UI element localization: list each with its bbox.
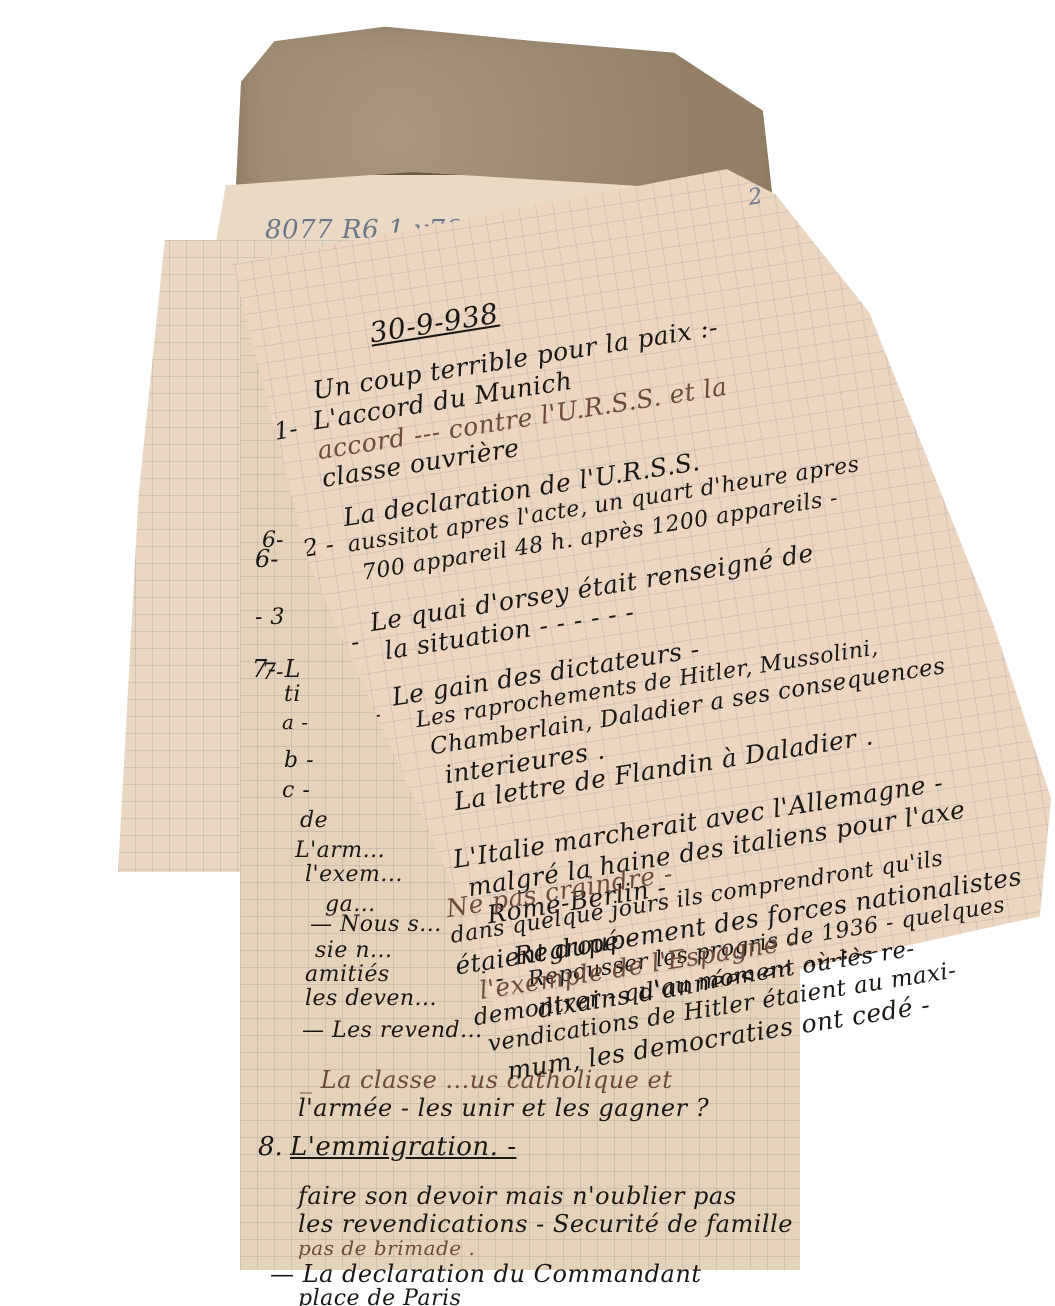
section-8-line: les revendications - Securité de famille (298, 1210, 793, 1238)
fragment: — Les revend... (302, 1018, 483, 1043)
fragment: a - (282, 710, 309, 734)
fragment: ti (284, 682, 301, 707)
fragment: les deven... (305, 986, 437, 1011)
section-8-title: L'emmigration. - (290, 1132, 516, 1162)
fragment: l'exem... (305, 862, 403, 887)
fragment: — Nous s... (310, 912, 442, 937)
fragment: sie n... (315, 938, 393, 963)
margin-number-8: 8. (258, 1132, 283, 1162)
fragment: c - (282, 778, 310, 803)
fragment: - 3 (255, 605, 285, 630)
margin-number-7: 7- (262, 660, 283, 685)
fragment: b - (284, 748, 314, 773)
section-8-line: place de Paris (298, 1286, 461, 1306)
fragment: amitiés (305, 962, 390, 987)
fragment: l'armée - les unir et les gagner ? (298, 1094, 709, 1122)
section-8-line: — La declaration du Commandant (270, 1260, 701, 1288)
margin-number-6: 6- (262, 528, 283, 553)
section-8-line: pas de brimade . (298, 1236, 475, 1260)
note-date: 30-9-938 (367, 297, 500, 350)
fragment: de (300, 808, 328, 833)
fragment: _ La classe ...us catholique et (300, 1066, 672, 1094)
page-number: 2 (747, 184, 765, 211)
section-8-line: faire son devoir mais n'oublier pas (298, 1182, 737, 1210)
fragment: L'arm... (295, 838, 385, 863)
